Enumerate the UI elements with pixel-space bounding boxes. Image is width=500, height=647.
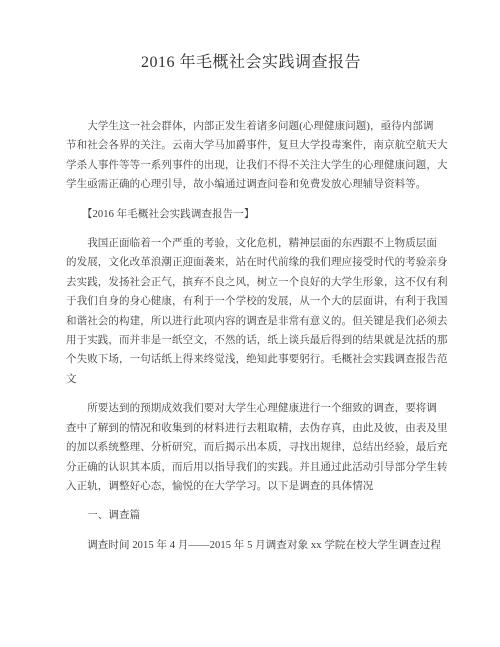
survey-info-line: 调查时间 2015 年 4 月——2015 年 5 月调查对象 xx 学院在校大… [66, 536, 436, 555]
page-title: 2016 年毛概社会实践调查报告 [66, 50, 436, 76]
text-line: 学杀人事件等等一系列事件的出现，让我们不得不关注大学生的心理健康问题，大 [66, 156, 436, 175]
text-line: 去实践，发扬社会正气，摈弃不良之风，树立一个良好的大学生形象，这不仅有利 [66, 273, 436, 292]
text-line: 入正轨，调整好心态，愉悦的在大学学习。以下是调查的具体情况 [66, 477, 436, 496]
text-line: 用于实践，而并非是一纸空文，不然的话，纸上谈兵最后得到的结果就是沈括的那 [66, 331, 436, 350]
text-line: 和谐社会的构建，所以进行此项内容的调查是非常有意义的。但关键是我们必须去 [66, 312, 436, 331]
body-paragraph-1: 我国正面临着一个严重的考验，文化危机，精神层面的东西跟不上物质层面的发展，文化改… [66, 234, 436, 389]
text-line: 大学生这一社会群体，内部正发生着诸多问题(心理健康问题)，亟待内部调 [66, 117, 436, 136]
text-line: 个失败下场，一句话纸上得来终觉浅，绝知此事要躬行。毛概社会实践调查报告范 [66, 350, 436, 369]
list-item-heading: 一、调查篇 [66, 506, 436, 525]
text-line: 【2016 年毛概社会实践调查报告一】 [66, 205, 436, 224]
text-line: 查中了解到的情况和收集到的材料进行去粗取精，去伪存真，由此及彼，由表及里 [66, 419, 436, 438]
text-line: 于我们自身的身心健康，有利于一个学校的发展，从一个大的层面讲，有利于我国 [66, 292, 436, 311]
document-page: 2016 年毛概社会实践调查报告 大学生这一社会群体，内部正发生着诸多问题(心理… [0, 0, 500, 647]
text-line: 节和社会各界的关注。云南大学马加爵事件，复旦大学投毒案件，南京航空航天大 [66, 136, 436, 155]
intro-paragraph: 大学生这一社会群体，内部正发生着诸多问题(心理健康问题)，亟待内部调节和社会各界… [66, 117, 436, 195]
text-line: 学生亟需正确的心理引导，故小编通过调查问卷和免费发放心理辅导资料等。 [66, 175, 436, 194]
document-body: 大学生这一社会群体，内部正发生着诸多问题(心理健康问题)，亟待内部调节和社会各界… [66, 117, 436, 555]
text-line: 分正确的认识其本质，而后用以指导我们的实践。并且通过此活动引导部分学生转 [66, 458, 436, 477]
text-line: 的加以系统整理、分析研究，而后揭示出本质，寻找出规律，总结出经验，最后充 [66, 438, 436, 457]
text-line: 我国正面临着一个严重的考验，文化危机，精神层面的东西跟不上物质层面 [66, 234, 436, 253]
text-line: 调查时间 2015 年 4 月——2015 年 5 月调查对象 xx 学院在校大… [66, 536, 436, 555]
body-paragraph-2: 所要达到的预期成效我们要对大学生心理健康进行一个细致的调查，要将调查中了解到的情… [66, 399, 436, 496]
text-line: 一、调查篇 [66, 506, 436, 525]
text-line: 文 [66, 370, 436, 389]
text-line: 所要达到的预期成效我们要对大学生心理健康进行一个细致的调查，要将调 [66, 399, 436, 418]
text-line: 的发展，文化改革浪潮正迎面袭来，站在时代前缘的我们理应接受时代的考验亲身 [66, 253, 436, 272]
section-heading: 【2016 年毛概社会实践调查报告一】 [66, 205, 436, 224]
